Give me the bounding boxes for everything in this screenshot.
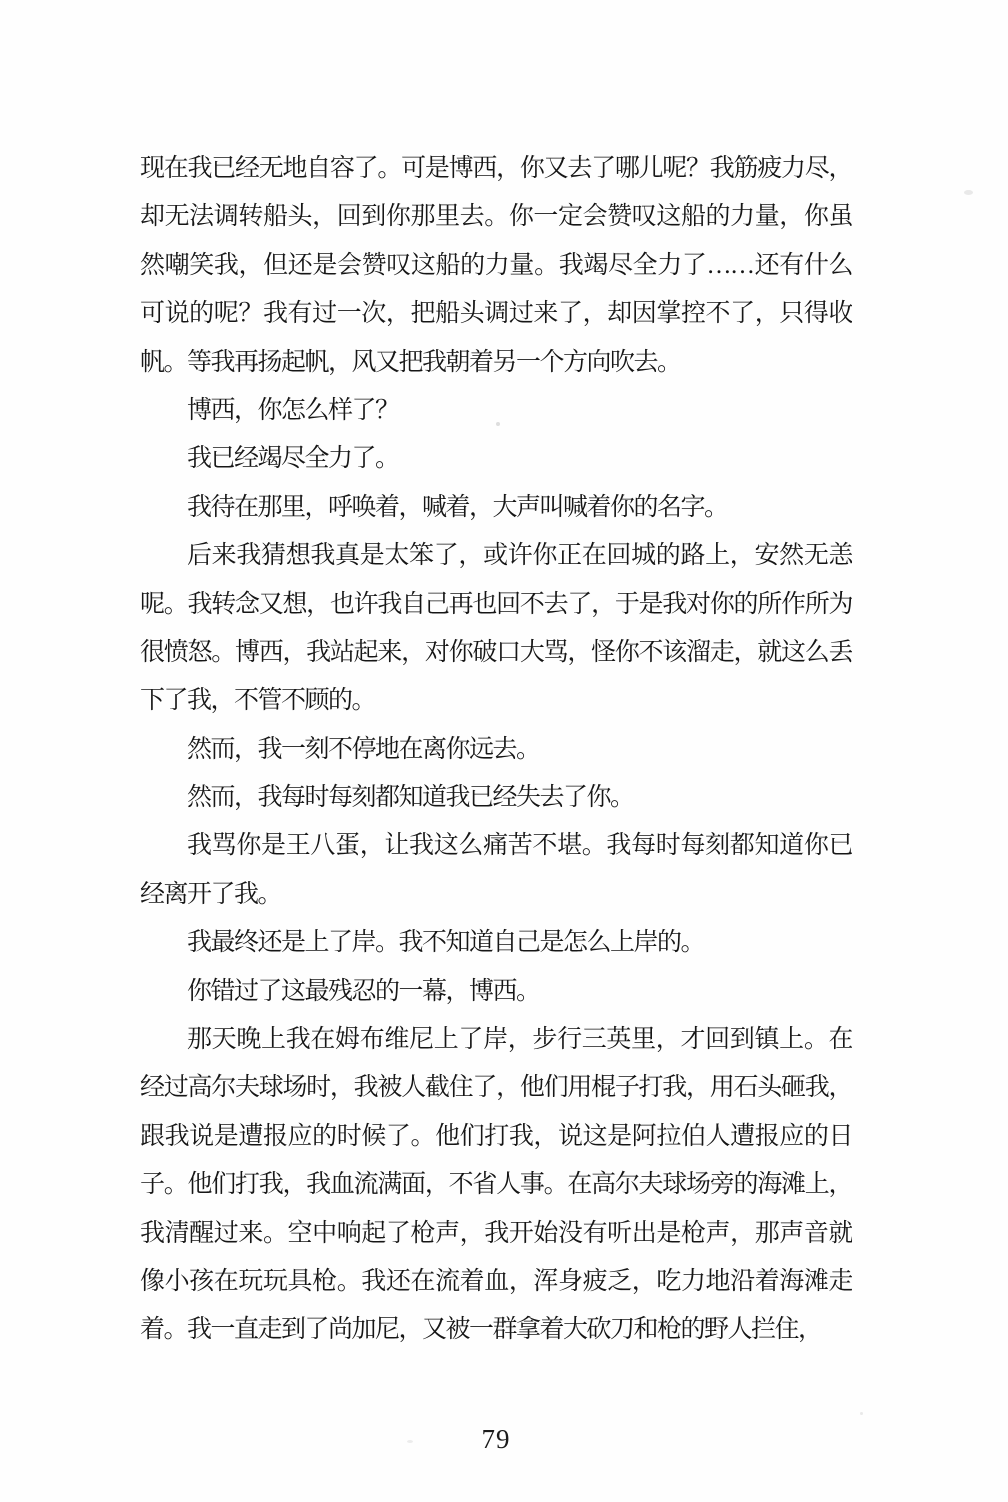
text-line: 我最终还是上了岸。我不知道自己是怎么上岸的。 [140, 919, 852, 967]
paragraph: 然而，我每时每刻都知道我已经失去了你。 [140, 774, 852, 822]
page-number: 79 [140, 1424, 852, 1455]
text-line: 然嘲笑我，但还是会赞叹这船的力量。我竭尽全力了……还有什么 [140, 242, 852, 290]
text-line: 我待在那里，呼唤着，喊着，大声叫喊着你的名字。 [140, 484, 852, 532]
text-line: 你错过了这最残忍的一幕，博西。 [140, 968, 852, 1016]
paragraph: 现在我已经无地自容了。可是博西，你又去了哪儿呢？我筋疲力尽，却无法调转船头，回到… [140, 145, 852, 387]
text-line: 子。他们打我，我血流满面，不省人事。在高尔夫球场旁的海滩上， [140, 1161, 852, 1209]
paragraph: 你错过了这最残忍的一幕，博西。 [140, 968, 852, 1016]
paragraph: 然而，我一刻不停地在离你远去。 [140, 726, 852, 774]
scan-speck [407, 1440, 413, 1443]
text-line: 像小孩在玩玩具枪。我还在流着血，浑身疲乏，吃力地沿着海滩走 [140, 1258, 852, 1306]
text-line: 帆。等我再扬起帆，风又把我朝着另一个方向吹去。 [140, 339, 852, 387]
text-line: 下了我，不管不顾的。 [140, 677, 852, 725]
text-line: 后来我猜想我真是太笨了，或许你正在回城的路上，安然无恙 [140, 532, 852, 580]
text-line: 可说的呢？我有过一次，把船头调过来了，却因掌控不了，只得收 [140, 290, 852, 338]
book-page: 现在我已经无地自容了。可是博西，你又去了哪儿呢？我筋疲力尽，却无法调转船头，回到… [0, 0, 1008, 1502]
text-line: 着。我一直走到了尚加尼，又被一群拿着大砍刀和枪的野人拦住， [140, 1306, 852, 1354]
scan-speck [496, 422, 500, 426]
body-text: 现在我已经无地自容了。可是博西，你又去了哪儿呢？我筋疲力尽，却无法调转船头，回到… [140, 145, 852, 1355]
paragraph: 那天晚上我在姆布维尼上了岸，步行三英里，才回到镇上。在经过高尔夫球场时，我被人截… [140, 1016, 852, 1355]
text-line: 然而，我一刻不停地在离你远去。 [140, 726, 852, 774]
text-line: 很愤怒。博西，我站起来，对你破口大骂，怪你不该溜走，就这么丢 [140, 629, 852, 677]
paragraph: 博西，你怎么样了？ [140, 387, 852, 435]
scan-speck [860, 1412, 863, 1415]
text-line: 经过高尔夫球场时，我被人截住了，他们用棍子打我，用石头砸我， [140, 1064, 852, 1112]
text-line: 现在我已经无地自容了。可是博西，你又去了哪儿呢？我筋疲力尽， [140, 145, 852, 193]
text-line: 呢。我转念又想，也许我自己再也回不去了，于是我对你的所作所为 [140, 581, 852, 629]
text-line: 我骂你是王八蛋，让我这么痛苦不堪。我每时每刻都知道你已 [140, 822, 852, 870]
paragraph: 我待在那里，呼唤着，喊着，大声叫喊着你的名字。 [140, 484, 852, 532]
text-line: 然而，我每时每刻都知道我已经失去了你。 [140, 774, 852, 822]
paragraph: 后来我猜想我真是太笨了，或许你正在回城的路上，安然无恙呢。我转念又想，也许我自己… [140, 532, 852, 726]
text-line: 博西，你怎么样了？ [140, 387, 852, 435]
paragraph: 我已经竭尽全力了。 [140, 435, 852, 483]
text-line: 我已经竭尽全力了。 [140, 435, 852, 483]
paragraph: 我骂你是王八蛋，让我这么痛苦不堪。我每时每刻都知道你已经离开了我。 [140, 822, 852, 919]
paragraph: 我最终还是上了岸。我不知道自己是怎么上岸的。 [140, 919, 852, 967]
text-line: 我清醒过来。空中响起了枪声，我开始没有听出是枪声，那声音就 [140, 1210, 852, 1258]
text-line: 经离开了我。 [140, 871, 852, 919]
scan-speck [964, 190, 973, 195]
text-line: 那天晚上我在姆布维尼上了岸，步行三英里，才回到镇上。在 [140, 1016, 852, 1064]
text-line: 却无法调转船头，回到你那里去。你一定会赞叹这船的力量，你虽 [140, 193, 852, 241]
text-line: 跟我说是遭报应的时候了。他们打我，说这是阿拉伯人遭报应的日 [140, 1113, 852, 1161]
